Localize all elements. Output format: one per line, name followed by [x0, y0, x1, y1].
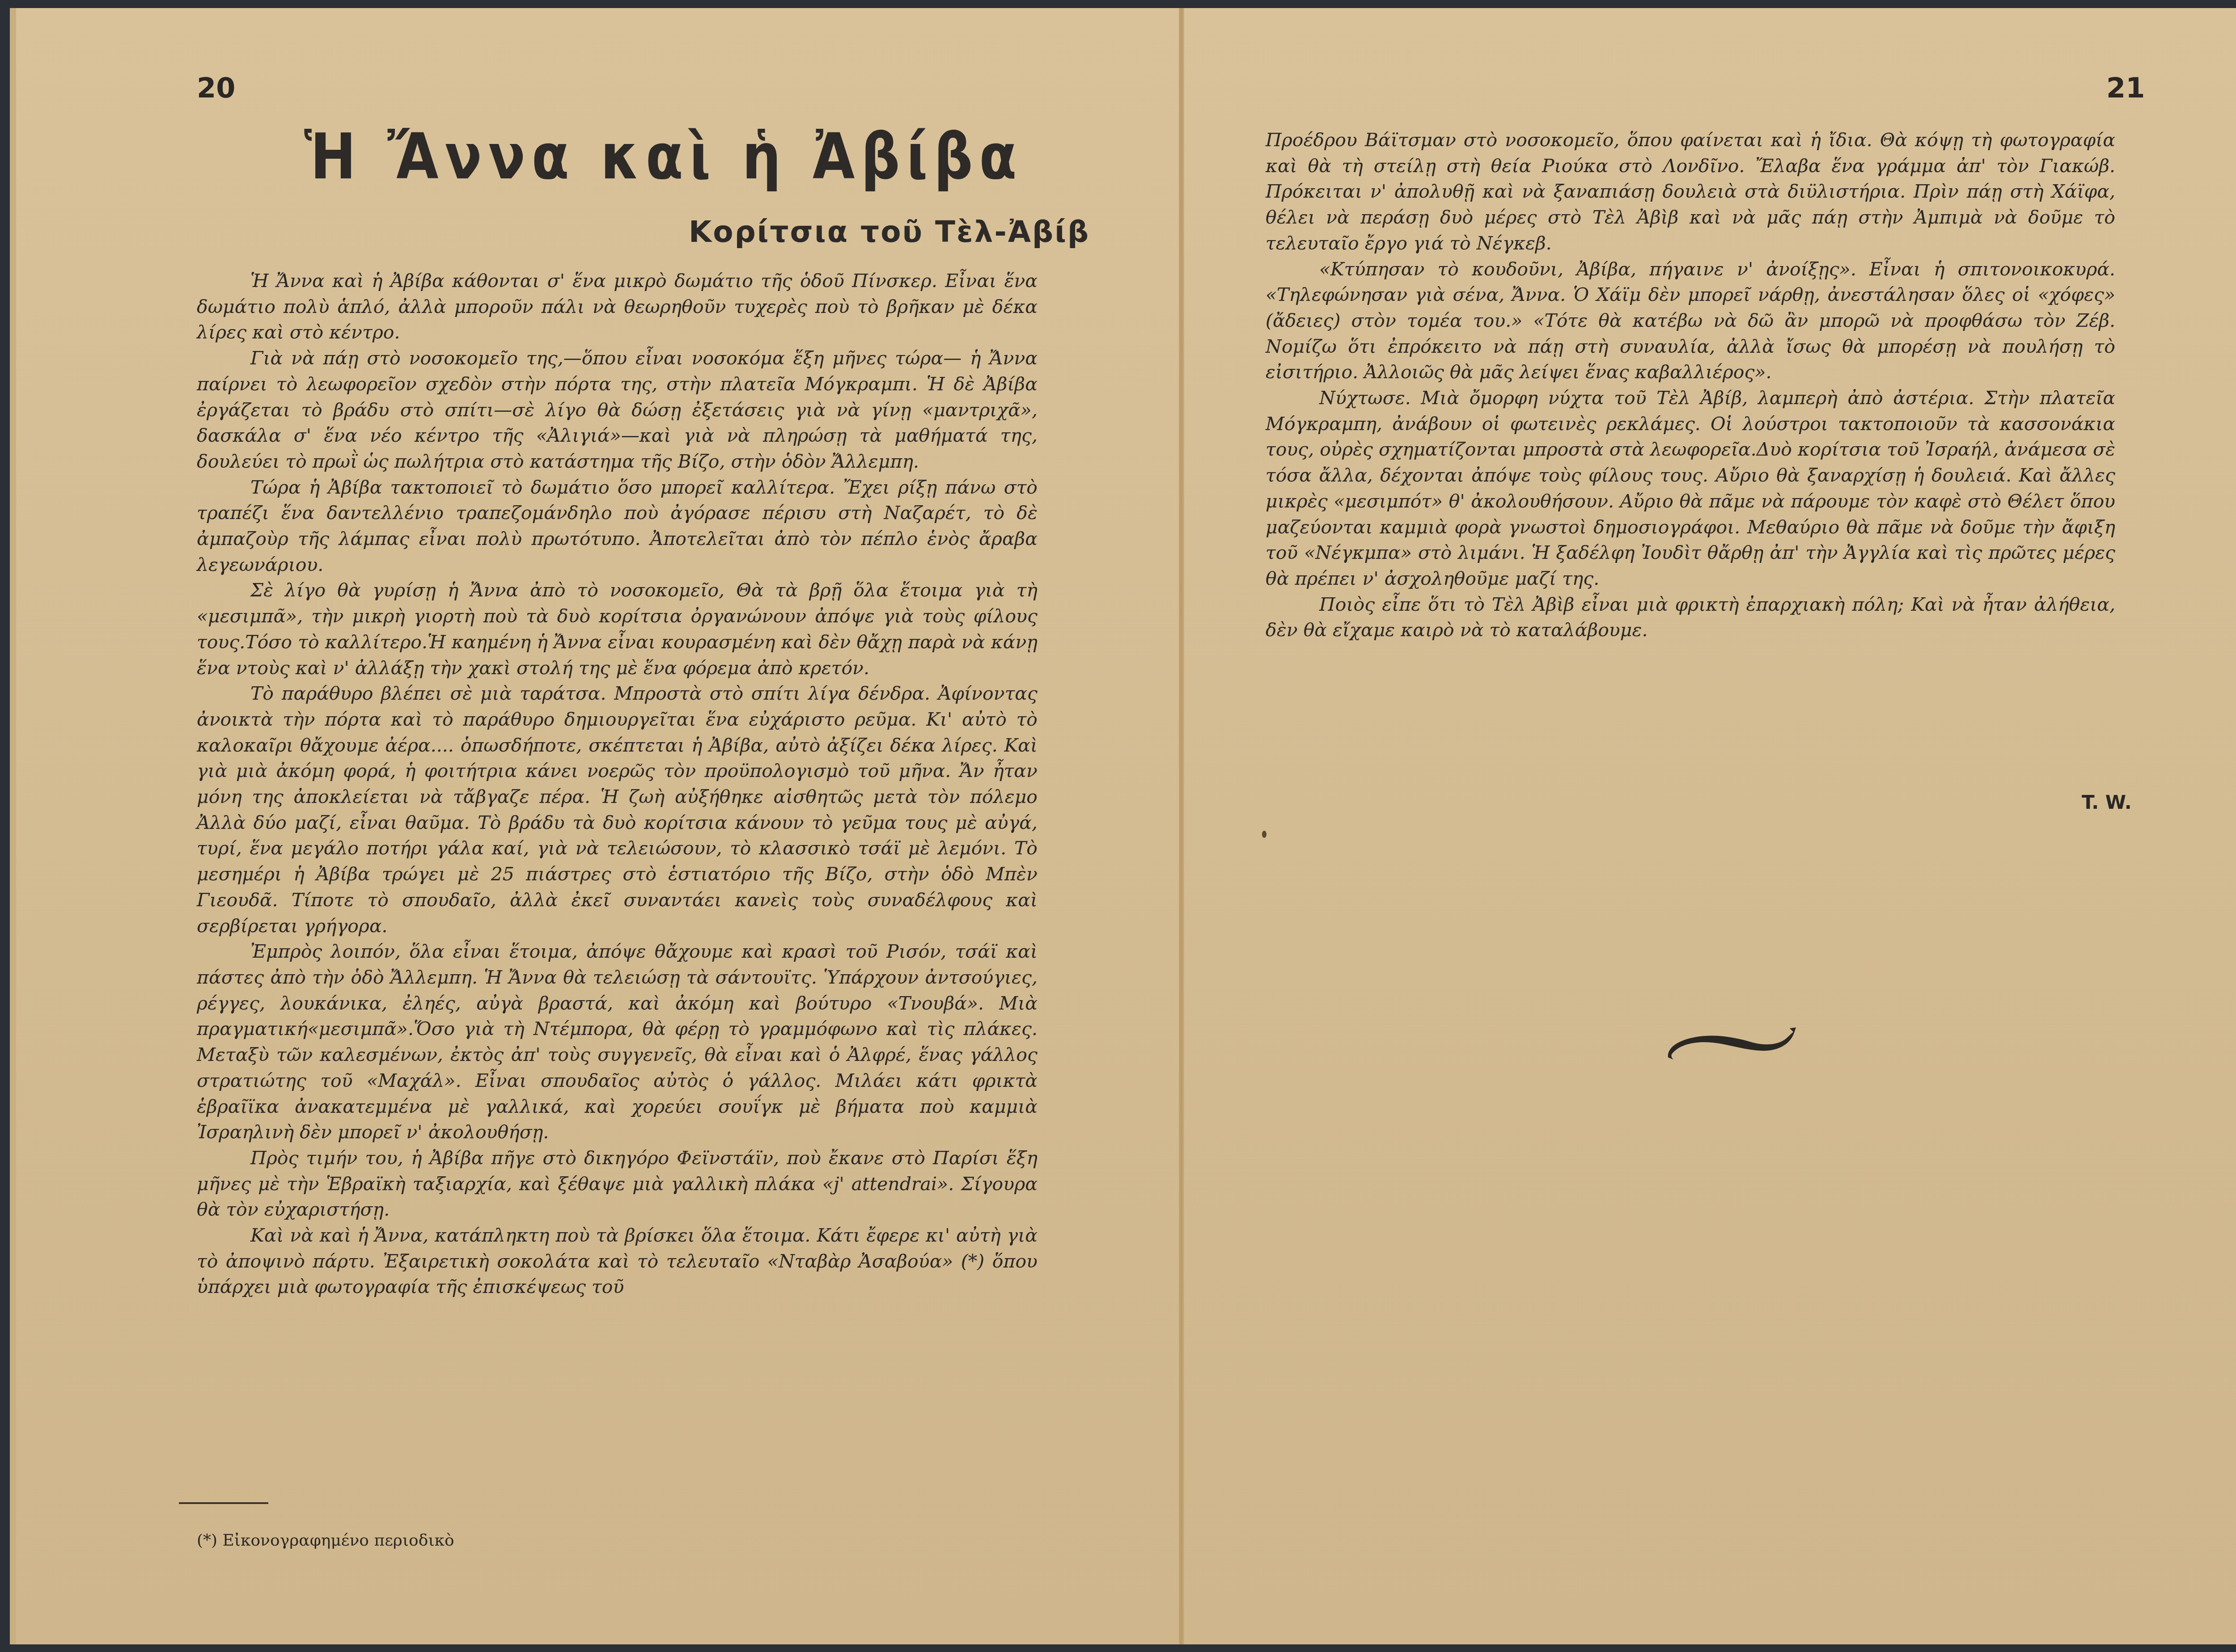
left-column-text: Ἡ Ἄννα καὶ ἡ Ἀβίβα κάθονται σ' ἕνα μικρὸ… [197, 268, 1038, 1300]
paragraph: Νύχτωσε. Μιὰ ὄμορφη νύχτα τοῦ Τὲλ Ἀβίβ, … [1266, 385, 2115, 592]
paragraph: Προέδρου Βάϊτσμαν στὸ νοσοκομεῖο, ὅπου φ… [1266, 127, 2115, 257]
paragraph: Καὶ νὰ καὶ ἡ Ἄννα, κατάπληκτη ποὺ τὰ βρί… [197, 1223, 1038, 1300]
right-column-text: Προέδρου Βάϊτσμαν στὸ νοσοκομεῖο, ὅπου φ… [1266, 127, 2115, 643]
author-signature: T. W. [2082, 791, 2132, 813]
page-number-right: 21 [2106, 72, 2145, 104]
paragraph: Πρὸς τιμήν του, ἡ Ἀβίβα πῆγε στὸ δικηγόρ… [197, 1145, 1038, 1223]
paragraph: Ἐμπρὸς λοιπόν, ὅλα εἶναι ἕτοιμα, ἀπόψε θ… [197, 939, 1038, 1145]
page-gutter [1179, 8, 1184, 1644]
paragraph: Ποιὸς εἶπε ὅτι τὸ Τὲλ Ἀβὶβ εἶναι μιὰ φρι… [1266, 592, 2115, 643]
paragraph: Τὸ παράθυρο βλέπει σὲ μιὰ ταράτσα. Μπροσ… [197, 681, 1038, 939]
footnote-rule [179, 1502, 268, 1504]
footnote: (*) Εἰκονογραφημένο περιοδικὸ [197, 1531, 454, 1550]
article-subtitle: Κορίτσια τοῦ Τὲλ-Ἀβίβ [689, 215, 1090, 249]
paragraph: Γιὰ νὰ πάῃ στὸ νοσοκομεῖο της,—ὅπου εἶνα… [197, 346, 1038, 475]
paragraph: «Κτύπησαν τὸ κουδοῦνι, Ἀβίβα, πήγαινε ν'… [1266, 257, 2115, 386]
paragraph: Ἡ Ἄννα καὶ ἡ Ἀβίβα κάθονται σ' ἕνα μικρὸ… [197, 268, 1038, 346]
paragraph: Τώρα ἡ Ἀβίβα τακτοποιεῖ τὸ δωμάτιο ὅσο μ… [197, 475, 1038, 578]
ink-mark [1262, 831, 1266, 838]
page-number-left: 20 [197, 72, 235, 104]
paragraph: Σὲ λίγο θὰ γυρίσῃ ἡ Ἄννα ἀπὸ τὸ νοσοκομε… [197, 578, 1038, 681]
tilde-flourish-icon [1664, 1015, 1807, 1069]
article-title: Ἡ Ἄννα καὶ ἡ Ἀβίβα [304, 120, 1023, 193]
